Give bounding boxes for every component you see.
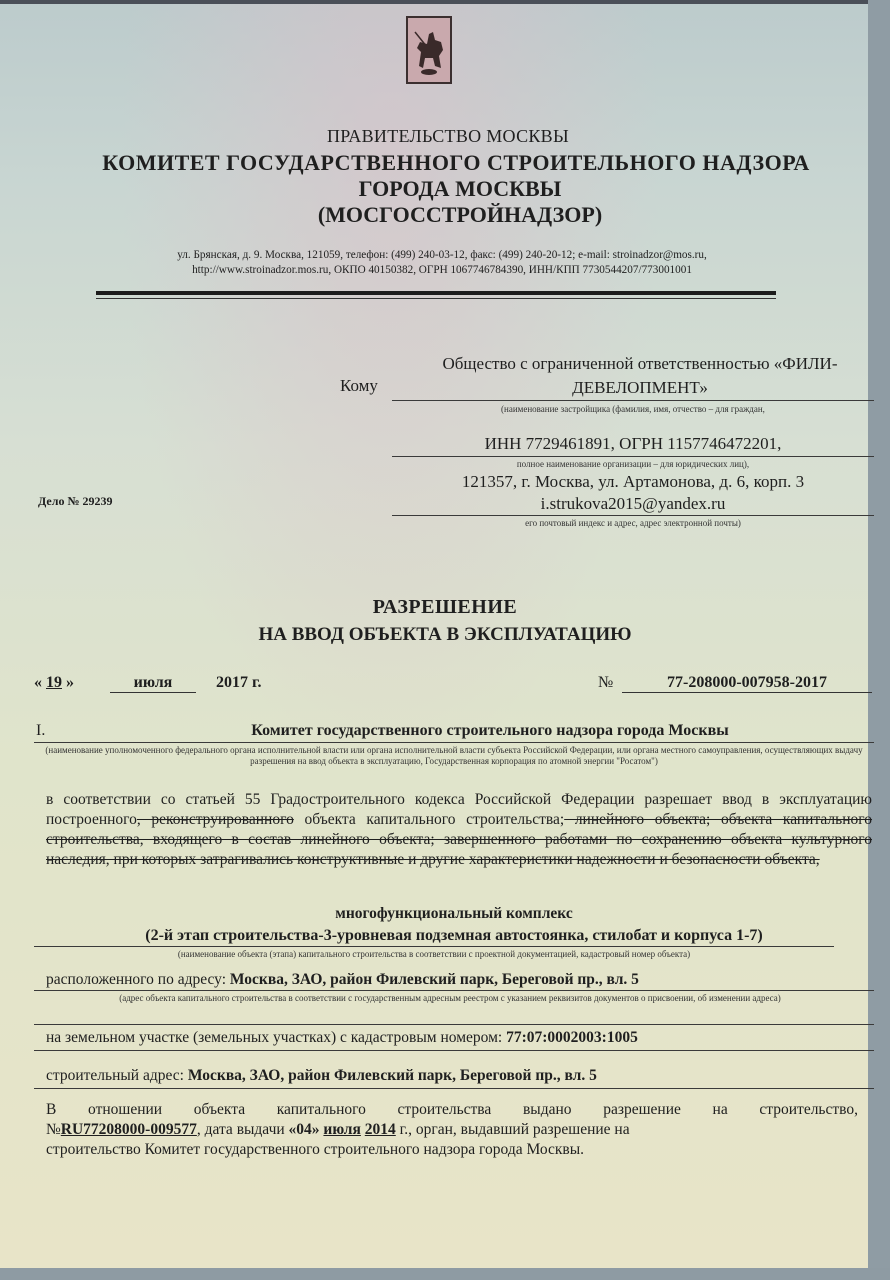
recipient-hint2: полное наименование организации – для юр… [392, 459, 874, 469]
permit-number: 77-208000-007958-2017 [622, 674, 872, 693]
object-name-line1: многофункциональный комплекс [34, 904, 874, 924]
recipient-name-line2: ДЕВЕЛОПМЕНТ» [400, 378, 880, 398]
underline [392, 515, 874, 516]
construction-permit-number: RU77208000-009577 [61, 1121, 197, 1138]
object-address: расположенного по адресу: Москва, ЗАО, р… [46, 970, 846, 990]
permit-paragraph-line2: №RU77208000-009577, дата выдачи «04» июл… [46, 1120, 858, 1140]
recipient-name-line1: Общество с ограниченной ответственностью… [400, 354, 880, 374]
object-name-line2: (2-й этап строительства-3-уровневая подз… [34, 926, 874, 946]
underline [34, 1024, 874, 1025]
committee-name-line2: ГОРОДА МОСКВЫ [190, 176, 730, 202]
underline [34, 1088, 874, 1089]
contacts-line1: ул. Брянская, д. 9. Москва, 121059, теле… [92, 248, 792, 263]
contacts-line2: http://www.stroinadzor.mos.ru, ОКПО 4015… [92, 263, 792, 278]
object-hint: (наименование объекта (этапа) капитально… [34, 949, 834, 959]
underline [34, 1050, 874, 1051]
authority-hint: (наименование уполномоченного федерально… [34, 745, 874, 767]
date-year: 2017 г. [216, 674, 261, 692]
committee-abbreviation: (МОСГОССТРОЙНАДЗОР) [190, 202, 730, 228]
authority-name: Комитет государственного строительного н… [170, 722, 810, 740]
header-divider-thin [96, 298, 776, 299]
underline [34, 946, 834, 947]
permit-paragraph-line1: В отношении объекта капитального строите… [46, 1100, 858, 1120]
date-day-value: 19 [46, 674, 62, 691]
recipient-email: i.strukova2015@yandex.ru [392, 494, 874, 514]
recipient-label: Кому [340, 376, 378, 396]
moscow-coat-of-arms-icon [406, 16, 452, 84]
cadastral-number: 77:07:0002003:1005 [506, 1029, 638, 1046]
recipient-hint3: его почтовый индекс и адрес, адрес элект… [392, 518, 874, 528]
underline [392, 400, 874, 401]
section-number: I. [36, 722, 45, 740]
address-hint: (адрес объекта капитального строительств… [60, 993, 840, 1004]
case-number: Дело № 29239 [38, 494, 113, 509]
object-address-value: Москва, ЗАО, район Филевский парк, Берег… [230, 971, 639, 988]
land-plot: на земельном участке (земельных участках… [46, 1028, 846, 1048]
monitor-frame-top [0, 0, 890, 4]
permit-day: «04» [289, 1121, 320, 1138]
contacts-block: ул. Брянская, д. 9. Москва, 121059, теле… [92, 248, 792, 278]
header-divider [96, 291, 776, 295]
article-paragraph: в соответствии со статьей 55 Градостроит… [46, 790, 872, 870]
document-subtitle: НА ВВОД ОБЪЕКТА В ЭКСПЛУАТАЦИЮ [0, 624, 890, 646]
recipient-hint1: (наименование застройщика (фамилия, имя,… [392, 404, 874, 414]
construction-address: строительный адрес: Москва, ЗАО, район Ф… [46, 1066, 846, 1086]
permit-month: июля [323, 1121, 360, 1138]
underline [392, 456, 874, 457]
committee-name-line1: КОМИТЕТ ГОСУДАРСТВЕННОГО СТРОИТЕЛЬНОГО Н… [66, 150, 846, 176]
recipient-ids: ИНН 7729461891, ОГРН 1157746472201, [392, 434, 874, 454]
permit-year: 2014 [365, 1121, 396, 1138]
recipient-address: 121357, г. Москва, ул. Артамонова, д. 6,… [392, 472, 874, 492]
government-name: ПРАВИТЕЛЬСТВО МОСКВЫ [248, 126, 648, 147]
document-title: РАЗРЕШЕНИЕ [0, 596, 890, 619]
date-day: « 19 » [34, 674, 74, 692]
underline [34, 990, 874, 991]
underline [34, 742, 874, 743]
monitor-frame-bottom [0, 1268, 890, 1280]
date-month: июля [110, 674, 196, 693]
permit-paragraph-line3: строительство Комитет государственного с… [46, 1140, 858, 1160]
number-label: № [598, 674, 613, 692]
construction-address-value: Москва, ЗАО, район Филевский парк, Берег… [188, 1067, 597, 1084]
